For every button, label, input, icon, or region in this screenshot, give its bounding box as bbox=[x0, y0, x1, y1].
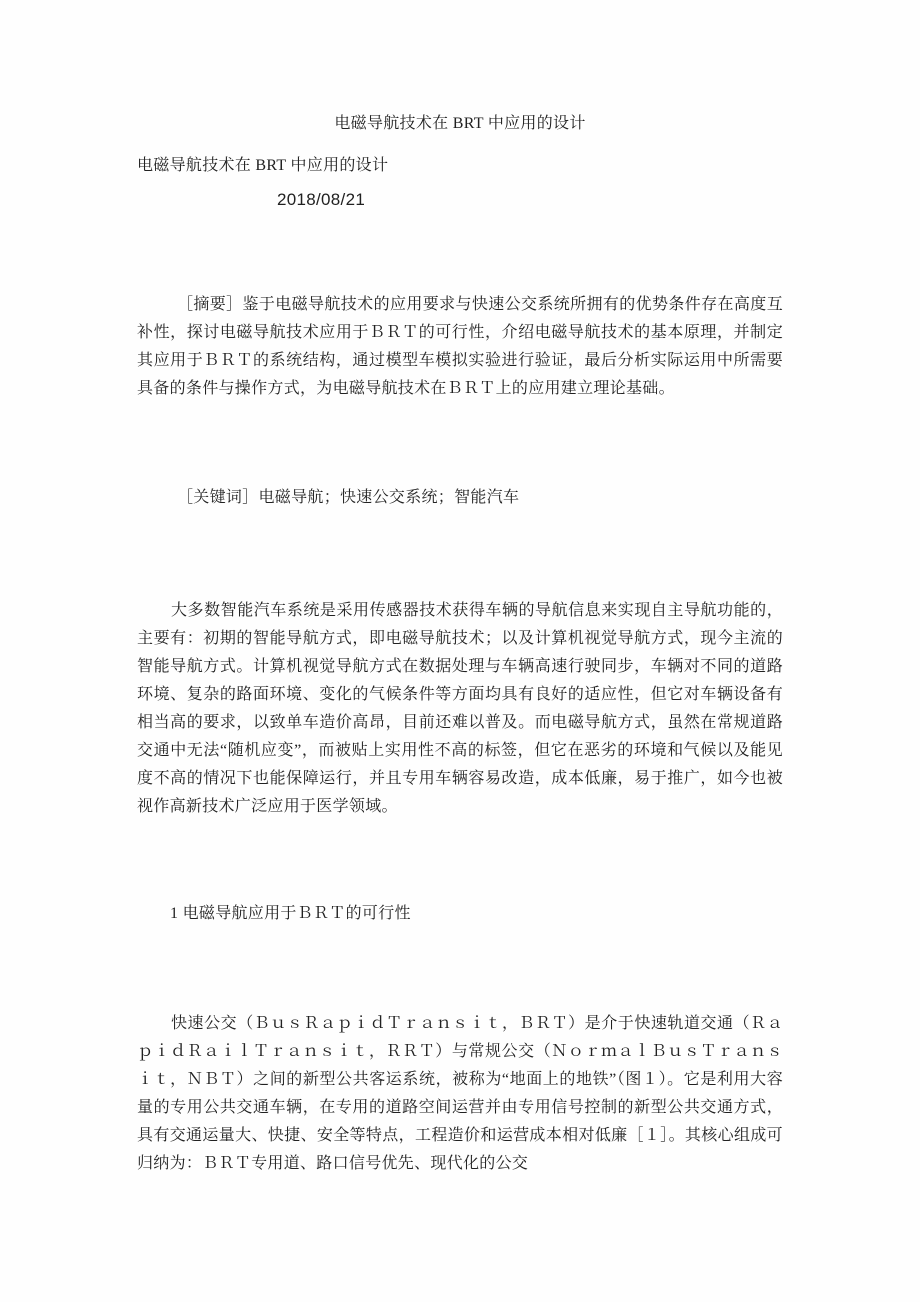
abstract-paragraph: ［摘要］鉴于电磁导航技术的应用要求与快速公交系统所拥有的优势条件存在高度互补性，… bbox=[137, 291, 783, 403]
keywords-line: ［关键词］电磁导航；快速公交系统；智能汽车 bbox=[137, 484, 783, 512]
section-1-heading: 1 电磁导航应用于ＢＲＴ的可行性 bbox=[137, 900, 783, 928]
document-date: 2018/08/21 bbox=[137, 186, 783, 214]
section-1-paragraph: 快速公交（ＢｕｓＲａｐｉｄＴｒａｎｓｉｔ，ＢＲＴ）是介于快速轨道交通（Ｒａｐｉｄ… bbox=[137, 1010, 783, 1178]
document-title-line: 电磁导航技术在 BRT 中应用的设计 bbox=[137, 152, 783, 180]
intro-paragraph: 大多数智能汽车系统是采用传感器技术获得车辆的导航信息来实现自主导航功能的，主要有… bbox=[137, 597, 783, 821]
document-title-centered: 电磁导航技术在 BRT 中应用的设计 bbox=[137, 110, 783, 138]
document-page: 电磁导航技术在 BRT 中应用的设计 电磁导航技术在 BRT 中应用的设计 20… bbox=[0, 0, 920, 1302]
